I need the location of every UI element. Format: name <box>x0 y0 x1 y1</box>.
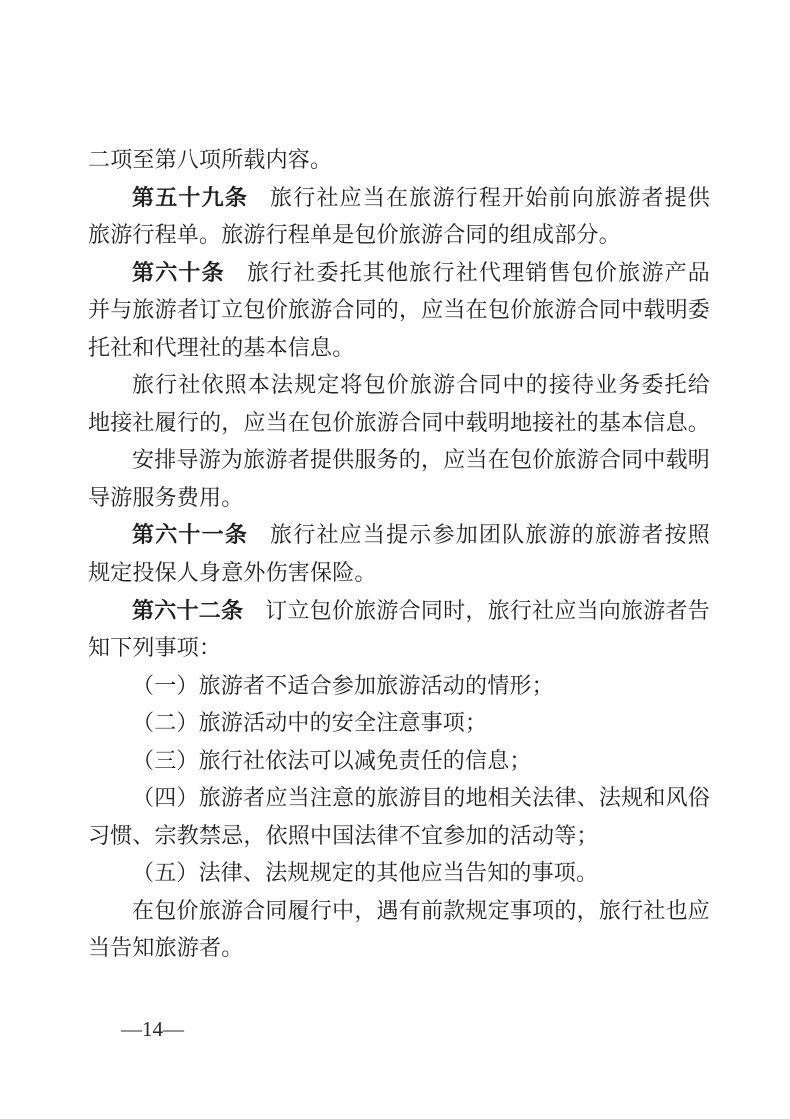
text-line: 规定投保人身意外伤害保险。 <box>88 554 710 592</box>
text-line: 第六十条旅行社委托其他旅行社代理销售包价旅游产品 <box>88 254 710 292</box>
text-line: 并与旅游者订立包价旅游合同的，应当在包价旅游合同中载明委 <box>88 291 710 329</box>
line-text: 知下列事项： <box>88 635 221 660</box>
line-text: 在包价旅游合同履行中，遇有前款规定事项的，旅行社也应 <box>132 898 710 923</box>
article-number-label: 第六十一条 <box>132 522 248 547</box>
article-number-label: 第六十二条 <box>132 598 243 623</box>
line-text: 二项至第八项所载内容。 <box>88 147 332 172</box>
line-text: 安排导游为旅游者提供服务的，应当在包价旅游合同中载明 <box>132 447 710 472</box>
text-line: 二项至第八项所载内容。 <box>88 141 710 179</box>
line-text: 地接社履行的，应当在包价旅游合同中载明地接社的基本信息。 <box>88 410 710 435</box>
text-line: 导游服务费用。 <box>88 479 710 517</box>
text-line: 第五十九条旅行社应当在旅游行程开始前向旅游者提供 <box>88 179 710 217</box>
text-line: （三）旅行社依法可以减免责任的信息； <box>88 742 710 780</box>
line-text: （四）旅游者应当注意的旅游目的地相关法律、法规和风俗 <box>132 785 710 810</box>
text-line: 第六十一条旅行社应当提示参加团队旅游的旅游者按照 <box>88 516 710 554</box>
text-line: 安排导游为旅游者提供服务的，应当在包价旅游合同中载明 <box>88 441 710 479</box>
line-text: 旅行社委托其他旅行社代理销售包价旅游产品 <box>247 260 710 285</box>
text-line: 旅游行程单。旅游行程单是包价旅游合同的组成部分。 <box>88 216 710 254</box>
line-text: 导游服务费用。 <box>88 485 243 510</box>
text-line: （一）旅游者不适合参加旅游活动的情形； <box>88 667 710 705</box>
text-line: 知下列事项： <box>88 629 710 667</box>
line-text: 规定投保人身意外伤害保险。 <box>88 560 377 585</box>
text-line: 第六十二条订立包价旅游合同时，旅行社应当向旅游者告 <box>88 592 710 630</box>
line-text: 并与旅游者订立包价旅游合同的，应当在包价旅游合同中载明委 <box>88 297 710 322</box>
article-number-label: 第五十九条 <box>132 185 248 210</box>
line-text: 旅游行程单。旅游行程单是包价旅游合同的组成部分。 <box>88 222 621 247</box>
article-number-label: 第六十条 <box>132 260 225 285</box>
text-line: 旅行社依照本法规定将包价旅游合同中的接待业务委托给 <box>88 366 710 404</box>
page-number: —14— <box>121 1019 184 1040</box>
line-text: 旅行社应当在旅游行程开始前向旅游者提供 <box>270 185 710 210</box>
text-line: 在包价旅游合同履行中，遇有前款规定事项的，旅行社也应 <box>88 892 710 930</box>
line-text: （五）法律、法规规定的其他应当告知的事项。 <box>132 860 598 885</box>
line-text: 旅行社依照本法规定将包价旅游合同中的接待业务委托给 <box>132 372 710 397</box>
line-text: 旅行社应当提示参加团队旅游的旅游者按照 <box>270 522 710 547</box>
line-text: 托社和代理社的基本信息。 <box>88 335 354 360</box>
line-text: （二）旅游活动中的安全注意事项； <box>132 710 487 735</box>
text-line: 地接社履行的，应当在包价旅游合同中载明地接社的基本信息。 <box>88 404 710 442</box>
line-text: （一）旅游者不适合参加旅游活动的情形； <box>132 673 554 698</box>
line-text: 订立包价旅游合同时，旅行社应当向旅游者告 <box>265 598 710 623</box>
line-text: 当告知旅游者。 <box>88 935 243 960</box>
line-text: 习惯、宗教禁忌，依照中国法律不宜参加的活动等； <box>88 823 599 848</box>
text-line: 习惯、宗教禁忌，依照中国法律不宜参加的活动等； <box>88 817 710 855</box>
line-text: （三）旅行社依法可以减免责任的信息； <box>132 748 532 773</box>
text-line: 托社和代理社的基本信息。 <box>88 329 710 367</box>
text-line: （四）旅游者应当注意的旅游目的地相关法律、法规和风俗 <box>88 779 710 817</box>
text-line: 当告知旅游者。 <box>88 929 710 967</box>
text-line: （二）旅游活动中的安全注意事项； <box>88 704 710 742</box>
text-line: （五）法律、法规规定的其他应当告知的事项。 <box>88 854 710 892</box>
text-block: 二项至第八项所载内容。第五十九条旅行社应当在旅游行程开始前向旅游者提供旅游行程单… <box>88 141 710 967</box>
document-page: 二项至第八项所载内容。第五十九条旅行社应当在旅游行程开始前向旅游者提供旅游行程单… <box>0 0 790 1119</box>
